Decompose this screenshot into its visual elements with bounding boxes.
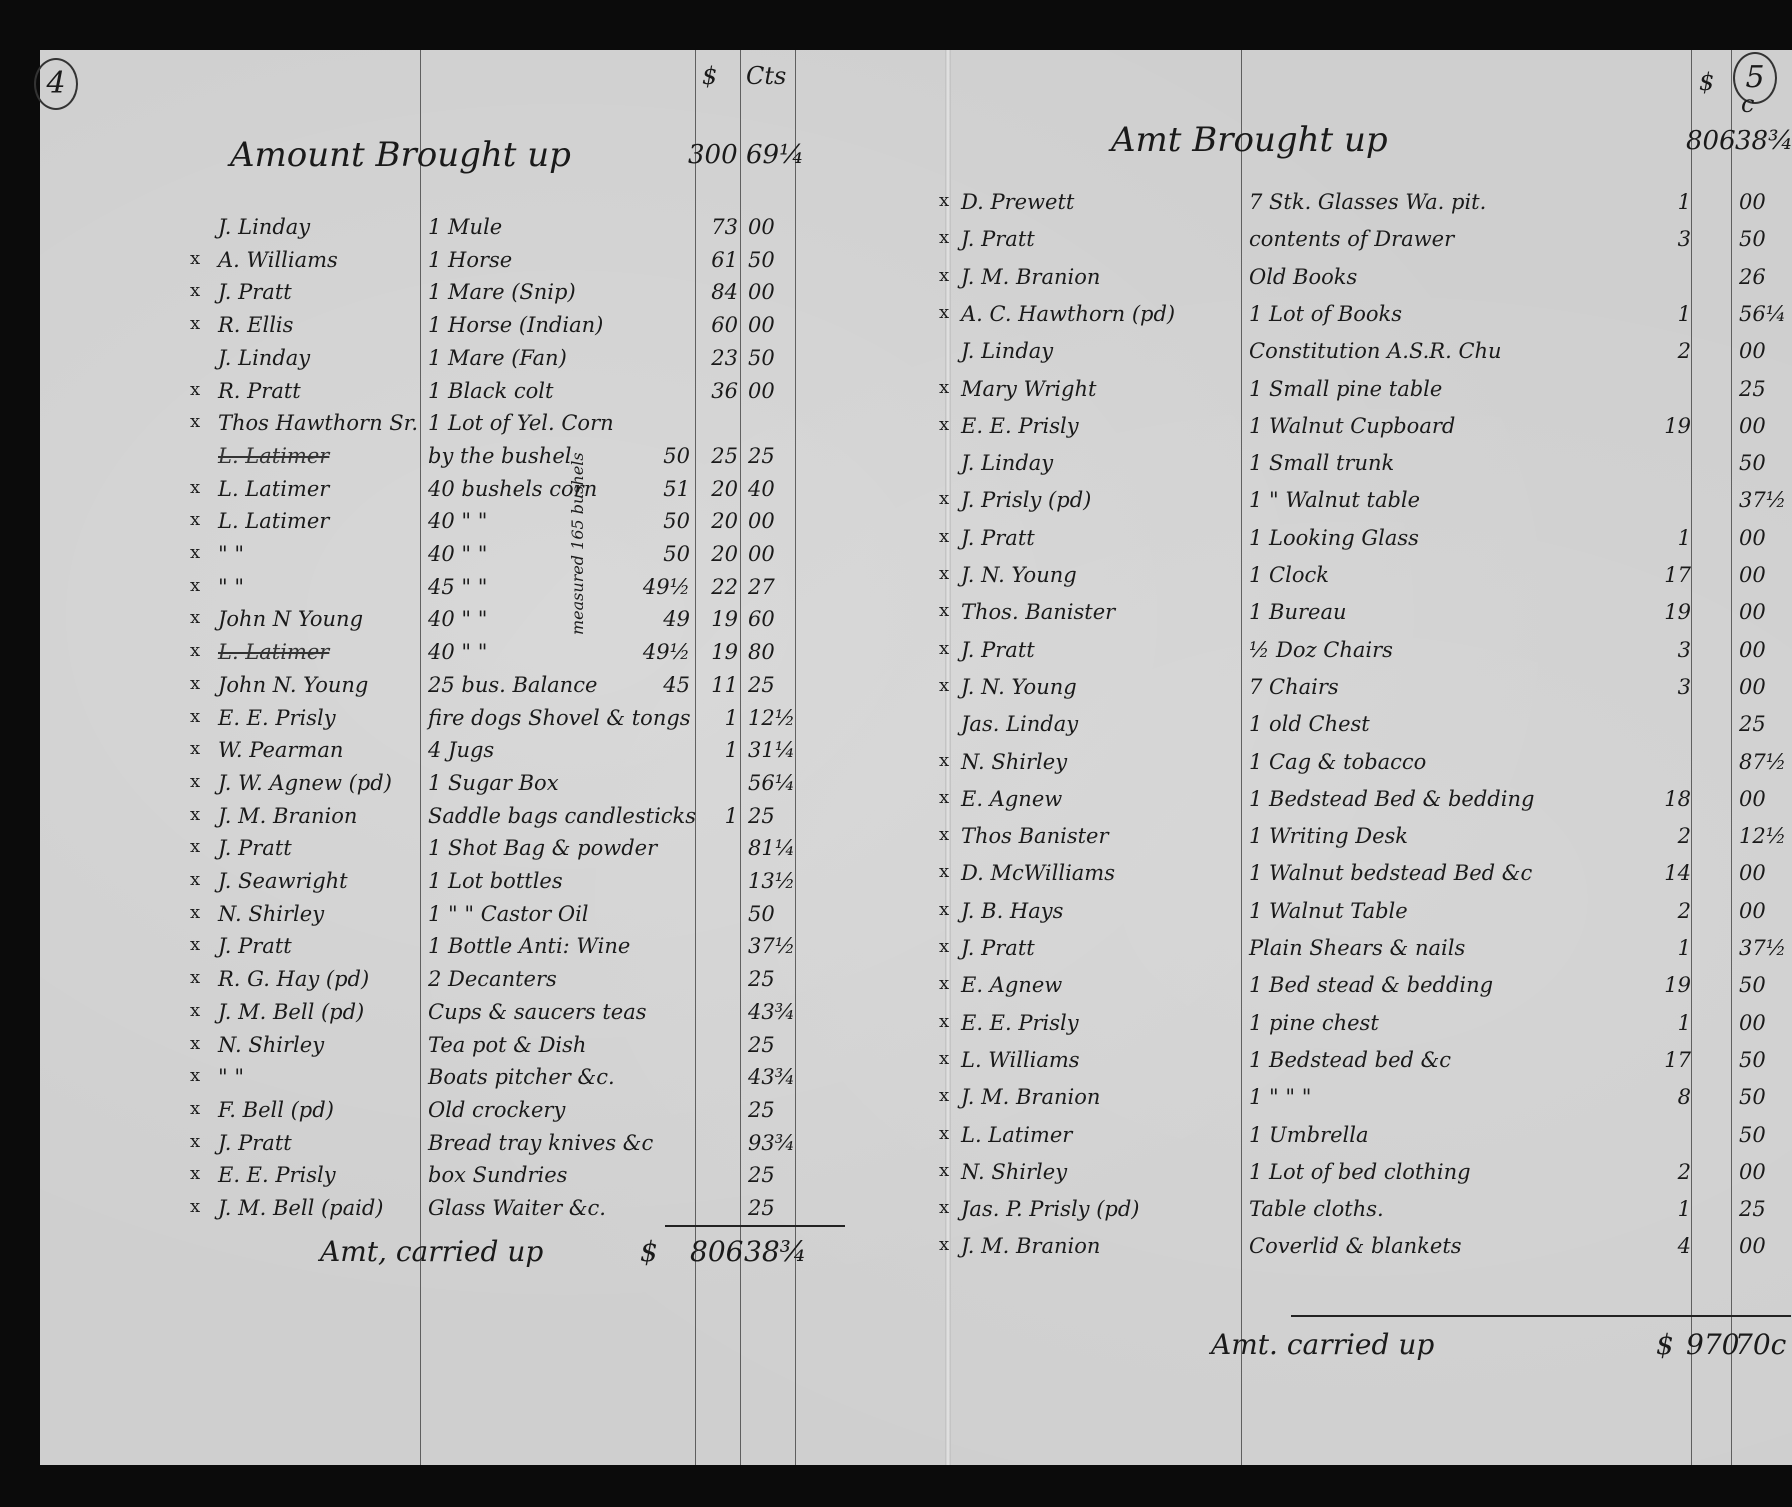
buyer-name: Thos. Banister [961, 600, 1115, 624]
item-description: 1 Walnut Cupboard [1249, 414, 1455, 438]
sold-mark: x [190, 804, 200, 825]
price-per-bushel: 51 [640, 477, 690, 501]
buyer-name: J. M. Branion [218, 804, 357, 828]
item-description: 40 " " [428, 640, 487, 664]
item-description: 1 Bottle Anti: Wine [428, 934, 630, 958]
amount-cents: 00 [1739, 675, 1791, 699]
ledger-row: xJas. P. Prisly (pd)Table cloths.125 [951, 1197, 1792, 1231]
buyer-name: " " [218, 1065, 244, 1089]
amount-cents: 25 [748, 1163, 800, 1187]
amount-cents: 37½ [748, 934, 800, 958]
ledger-row: xJohn N Young40 " "491960 [40, 607, 945, 641]
amount-cents: 00 [1739, 1234, 1791, 1258]
ledger-row: xE. E. Prislyfire dogs Shovel & tongs112… [40, 706, 945, 740]
buyer-name: Thos Hawthorn Sr. [218, 411, 418, 435]
sold-mark: x [190, 836, 200, 857]
amount-cents: 25 [1739, 377, 1791, 401]
amount-dollars: 60 [690, 313, 738, 337]
ledger-row: L. Latimerby the bushel502525 [40, 444, 945, 478]
ledger-row: J. Linday1 Mule7300 [40, 215, 945, 249]
item-description: 1 Walnut Table [1249, 899, 1408, 923]
sold-mark: x [190, 248, 200, 269]
page-number: 5 [1733, 52, 1777, 104]
item-description: Tea pot & Dish [428, 1033, 586, 1057]
sold-mark: x [190, 706, 200, 727]
amount-dollars: 1 [690, 706, 738, 730]
item-description: Old Books [1249, 265, 1357, 289]
amount-cents: 25 [748, 444, 800, 468]
amount-dollars: 20 [690, 477, 738, 501]
amount-cents: 81¼ [748, 836, 800, 860]
sold-mark: x [939, 1011, 949, 1032]
ledger-row: xJ. Pratt1 Looking Glass100 [951, 526, 1792, 560]
buyer-name: E. E. Prisly [961, 1011, 1079, 1035]
sold-mark: x [939, 600, 949, 621]
price-per-bushel: 49½ [640, 575, 690, 599]
item-description: 1 Small pine table [1249, 377, 1442, 401]
amount-dollars: 17 [1643, 1048, 1691, 1072]
buyer-name: E. E. Prisly [961, 414, 1079, 438]
amount-cents: 37½ [1739, 488, 1791, 512]
cents-header: Cts [746, 62, 786, 90]
item-description: box Sundries [428, 1163, 567, 1187]
amount-dollars: 17 [1643, 563, 1691, 587]
buyer-name: N. Shirley [961, 1160, 1067, 1184]
item-description: 1 Writing Desk [1249, 824, 1408, 848]
total-rule [1291, 1315, 1791, 1317]
carried-up-cents: 38¾ [744, 1235, 807, 1268]
amount-cents: 25 [748, 1196, 800, 1220]
sold-mark: x [190, 1065, 200, 1086]
amount-dollars: 1 [1643, 526, 1691, 550]
sold-mark: x [190, 379, 200, 400]
buyer-name: J. Pratt [218, 1131, 292, 1155]
buyer-name: W. Pearman [218, 738, 343, 762]
item-description: Bread tray knives &c [428, 1131, 653, 1155]
amount-cents: 00 [1739, 339, 1791, 363]
sold-mark: x [939, 190, 949, 211]
buyer-name: J. W. Agnew (pd) [218, 771, 392, 795]
amount-dollars: 61 [690, 248, 738, 272]
amount-dollars: 2 [1643, 1160, 1691, 1184]
buyer-name: J. M. Branion [961, 1234, 1100, 1258]
buyer-name: N. Shirley [218, 1033, 324, 1057]
amount-cents: 00 [1739, 600, 1791, 624]
amount-cents: 56¼ [1739, 302, 1791, 326]
sold-mark: x [190, 673, 200, 694]
sold-mark: x [190, 771, 200, 792]
sold-mark: x [190, 280, 200, 301]
buyer-name: N. Shirley [961, 750, 1067, 774]
amount-cents: 60 [748, 607, 800, 631]
amount-cents: 00 [1739, 861, 1791, 885]
buyer-name: L. Williams [961, 1048, 1080, 1072]
sold-mark: x [939, 675, 949, 696]
sold-mark: x [939, 750, 949, 771]
sold-mark: x [939, 526, 949, 547]
ledger-row: xE. Agnew1 Bedstead Bed & bedding1800 [951, 787, 1792, 821]
amount-dollars: 19 [690, 607, 738, 631]
amount-cents: 00 [748, 379, 800, 403]
amount-cents: 27 [748, 575, 800, 599]
amount-dollars: 1 [1643, 1197, 1691, 1221]
buyer-name: J. M. Bell (pd) [218, 1000, 364, 1024]
sold-mark: x [939, 1197, 949, 1218]
ledger-row: xJ. Pratt1 Shot Bag & powder81¼ [40, 836, 945, 870]
item-description: 1 Bedstead Bed & bedding [1249, 787, 1534, 811]
ledger-row: x" "45 " "49½2227 [40, 575, 945, 609]
buyer-name: J. M. Branion [961, 265, 1100, 289]
amount-cents: 00 [1739, 563, 1791, 587]
sold-mark: x [939, 302, 949, 323]
amount-dollars: 11 [690, 673, 738, 697]
buyer-name: " " [218, 575, 244, 599]
buyer-name: R. G. Hay (pd) [218, 967, 369, 991]
amount-cents: 80 [748, 640, 800, 664]
sold-mark: x [190, 477, 200, 498]
amount-cents: 43¾ [748, 1065, 800, 1089]
item-description: 40 bushels corn [428, 477, 597, 501]
amount-cents: 50 [1739, 973, 1791, 997]
ledger-row: xN. Shirley1 Lot of bed clothing200 [951, 1160, 1792, 1194]
amount-cents: 00 [1739, 414, 1791, 438]
dollars-header: $ [702, 62, 717, 90]
item-description: Coverlid & blankets [1249, 1234, 1462, 1258]
buyer-name: J. Linday [218, 215, 310, 239]
amount-dollars: 2 [1643, 899, 1691, 923]
amount-cents: 56¼ [748, 771, 800, 795]
ledger-row: xL. Latimer40 " "49½1980 [40, 640, 945, 674]
sold-mark: x [939, 1160, 949, 1181]
buyer-name: J. M. Bell (paid) [218, 1196, 383, 1220]
ledger-row: x" "Boats pitcher &c.43¾ [40, 1065, 945, 1099]
item-description: 1 Lot of bed clothing [1249, 1160, 1471, 1184]
item-description: 1 Cag & tobacco [1249, 750, 1426, 774]
amount-cents: 12½ [748, 706, 800, 730]
amount-dollars: 20 [690, 542, 738, 566]
sold-mark: x [939, 1234, 949, 1255]
buyer-name: E. Agnew [961, 787, 1062, 811]
buyer-name: E. E. Prisly [218, 1163, 336, 1187]
sold-mark: x [190, 738, 200, 759]
item-description: 1 pine chest [1249, 1011, 1379, 1035]
dollars-header: $ [1699, 68, 1714, 96]
item-description: 1 Umbrella [1249, 1123, 1369, 1147]
sold-mark: x [190, 1131, 200, 1152]
amount-cents: 25 [748, 1098, 800, 1122]
ledger-row: xL. Williams1 Bedstead bed &c1750 [951, 1048, 1792, 1082]
ledger-row: xThos. Banister1 Bureau1900 [951, 600, 1792, 634]
item-description: contents of Drawer [1249, 227, 1454, 251]
ledger-row: xJ. N. Young1 Clock1700 [951, 563, 1792, 597]
sold-mark: x [939, 414, 949, 435]
sold-mark: x [190, 1163, 200, 1184]
item-description: 2 Decanters [428, 967, 557, 991]
amount-cents: 50 [1739, 227, 1791, 251]
ledger-row: xE. E. Prisly1 Walnut Cupboard1900 [951, 414, 1792, 448]
ledger-row: xA. Williams1 Horse6150 [40, 248, 945, 282]
sold-mark: x [190, 542, 200, 563]
item-description: 1 Lot of Yel. Corn [428, 411, 614, 435]
total-rule [665, 1225, 845, 1227]
amount-cents: 50 [1739, 451, 1791, 475]
sold-mark: x [190, 411, 200, 432]
buyer-name: J. Pratt [218, 934, 292, 958]
ledger-row: xJ. PrattBread tray knives &c93¾ [40, 1131, 945, 1165]
sold-mark: x [190, 1098, 200, 1119]
amount-dollars: 36 [690, 379, 738, 403]
ledger-row: xThos Hawthorn Sr.1 Lot of Yel. Corn [40, 411, 945, 445]
amount-cents: 13½ [748, 869, 800, 893]
amount-dollars: 1 [1643, 302, 1691, 326]
amount-cents: 00 [1739, 1160, 1791, 1184]
ledger-row: xJ. W. Agnew (pd)1 Sugar Box56¼ [40, 771, 945, 805]
buyer-name: J. Linday [961, 451, 1053, 475]
buyer-name: J. N. Young [961, 563, 1077, 587]
item-description: Glass Waiter &c. [428, 1196, 606, 1220]
sold-mark: x [939, 936, 949, 957]
ledger-row: xE. E. Prislybox Sundries25 [40, 1163, 945, 1197]
buyer-name: L. Latimer [218, 444, 329, 468]
ledger-row: xJ. M. Branion1 " " "850 [951, 1085, 1792, 1119]
item-description: 40 " " [428, 509, 487, 533]
item-description: 1 " " Castor Oil [428, 902, 589, 926]
carried-up-cents: 70c [1735, 1328, 1786, 1361]
amount-dollars: 3 [1643, 638, 1691, 662]
ledger-row: xJ. Pratt1 Bottle Anti: Wine37½ [40, 934, 945, 968]
item-description: 1 Small trunk [1249, 451, 1394, 475]
ledger-row: xR. Ellis1 Horse (Indian)6000 [40, 313, 945, 347]
buyer-name: R. Ellis [218, 313, 293, 337]
ledger-row: xJ. B. Hays1 Walnut Table200 [951, 899, 1792, 933]
item-description: 1 Horse [428, 248, 512, 272]
buyer-name: E. E. Prisly [218, 706, 336, 730]
item-description: 1 Bed stead & bedding [1249, 973, 1493, 997]
item-description: 1 Black colt [428, 379, 553, 403]
buyer-name: Thos Banister [961, 824, 1109, 848]
ledger-row: J. Linday1 Mare (Fan)2350 [40, 346, 945, 380]
sold-mark: x [190, 1196, 200, 1217]
sold-mark: x [939, 861, 949, 882]
amount-dollars: 1 [690, 738, 738, 762]
ledger-row: xL. Latimer1 Umbrella50 [951, 1123, 1792, 1157]
ledger-row: xR. Pratt1 Black colt3600 [40, 379, 945, 413]
sold-mark: x [190, 1033, 200, 1054]
sold-mark: x [939, 563, 949, 584]
buyer-name: L. Latimer [961, 1123, 1072, 1147]
brought-up-dollars: 806 [1686, 126, 1736, 156]
amount-cents: 50 [748, 346, 800, 370]
item-description: 1 Walnut bedstead Bed &c [1249, 861, 1532, 885]
price-per-bushel: 50 [640, 444, 690, 468]
amount-cents: 50 [748, 248, 800, 272]
amount-dollars: 1 [1643, 1011, 1691, 1035]
price-per-bushel: 50 [640, 542, 690, 566]
right-page: 5 $ c Amt Brought up 806 38¾ xD. Prewett… [951, 50, 1792, 1465]
amount-brought-up-label: Amount Brought up [230, 135, 571, 175]
amount-cents: 25 [748, 804, 800, 828]
amount-cents: 00 [748, 542, 800, 566]
amount-dollars: 1 [1643, 936, 1691, 960]
carried-up-dollars: 970 [1686, 1328, 1739, 1361]
buyer-name: R. Pratt [218, 379, 301, 403]
sold-mark: x [190, 509, 200, 530]
amount-cents: 87½ [1739, 750, 1791, 774]
buyer-name: J. Pratt [218, 280, 292, 304]
brought-up-dollars: 300 [688, 140, 738, 170]
sold-mark: x [190, 1000, 200, 1021]
buyer-name: J. Pratt [961, 936, 1035, 960]
ledger-row: xJ. M. BranionSaddle bags candlesticks12… [40, 804, 945, 838]
ledger-row: xN. ShirleyTea pot & Dish25 [40, 1033, 945, 1067]
sold-mark: x [939, 973, 949, 994]
amount-cents: 25 [748, 1033, 800, 1057]
item-description: Plain Shears & nails [1249, 936, 1465, 960]
item-description: Saddle bags candlesticks [428, 804, 696, 828]
buyer-name: D. McWilliams [961, 861, 1115, 885]
amount-cents: 50 [748, 902, 800, 926]
buyer-name: N. Shirley [218, 902, 324, 926]
item-description: Constitution A.S.R. Chu [1249, 339, 1502, 363]
sold-mark: x [190, 607, 200, 628]
sold-mark: x [939, 1085, 949, 1106]
ledger-row: xD. McWilliams1 Walnut bedstead Bed &c14… [951, 861, 1792, 895]
price-per-bushel: 49 [640, 607, 690, 631]
sold-mark: x [190, 640, 200, 661]
amount-dollars: 84 [690, 280, 738, 304]
carried-up-currency: $ [1656, 1328, 1674, 1361]
brought-up-cents: 69¼ [746, 140, 804, 170]
sold-mark: x [939, 1123, 949, 1144]
item-description: 45 " " [428, 575, 487, 599]
amount-cents: 00 [1739, 190, 1791, 214]
item-description: Old crockery [428, 1098, 565, 1122]
carried-up-label: Amt. carried up [1211, 1328, 1434, 1361]
amount-brought-up-label: Amt Brought up [1111, 120, 1388, 160]
buyer-name: J. Pratt [961, 526, 1035, 550]
ledger-row: xA. C. Hawthorn (pd)1 Lot of Books156¼ [951, 302, 1792, 336]
ledger-row: xJ. M. Bell (pd)Cups & saucers teas43¾ [40, 1000, 945, 1034]
amount-cents: 25 [748, 673, 800, 697]
ledger-row: xJ. N. Young7 Chairs300 [951, 675, 1792, 709]
ledger-row: xE. Agnew1 Bed stead & bedding1950 [951, 973, 1792, 1007]
buyer-name: John N. Young [218, 673, 368, 697]
amount-dollars: 1 [690, 804, 738, 828]
sold-mark: x [190, 575, 200, 596]
buyer-name: J. Pratt [961, 638, 1035, 662]
amount-dollars: 2 [1643, 824, 1691, 848]
item-description: 1 Sugar Box [428, 771, 559, 795]
amount-cents: 50 [1739, 1123, 1791, 1147]
sold-mark: x [939, 899, 949, 920]
ledger-row: xJ. Pratt1 Mare (Snip)8400 [40, 280, 945, 314]
buyer-name: F. Bell (pd) [218, 1098, 334, 1122]
sold-mark: x [939, 824, 949, 845]
buyer-name: Jas. P. Prisly (pd) [961, 1197, 1139, 1221]
amount-cents: 31¼ [748, 738, 800, 762]
item-description: 1 Clock [1249, 563, 1329, 587]
amount-dollars: 8 [1643, 1085, 1691, 1109]
amount-dollars: 19 [1643, 414, 1691, 438]
ledger-row: xN. Shirley1 " " Castor Oil50 [40, 902, 945, 936]
carried-up-currency: $ [640, 1235, 658, 1268]
item-description: Cups & saucers teas [428, 1000, 647, 1024]
item-description: 1 Looking Glass [1249, 526, 1419, 550]
price-per-bushel: 50 [640, 509, 690, 533]
ledger-row: xJ. Prattcontents of Drawer350 [951, 227, 1792, 261]
buyer-name: L. Latimer [218, 640, 329, 664]
sold-mark: x [190, 313, 200, 334]
sold-mark: x [939, 787, 949, 808]
amount-cents: 00 [1739, 899, 1791, 923]
amount-cents: 37½ [1739, 936, 1791, 960]
amount-dollars: 20 [690, 509, 738, 533]
buyer-name: John N Young [218, 607, 363, 631]
sold-mark: x [939, 1048, 949, 1069]
amount-dollars: 19 [690, 640, 738, 664]
item-description: 40 " " [428, 607, 487, 631]
item-description: 40 " " [428, 542, 487, 566]
item-description: 1 old Chest [1249, 712, 1370, 736]
item-description: 7 Chairs [1249, 675, 1339, 699]
amount-cents: 00 [748, 215, 800, 239]
amount-cents: 25 [1739, 712, 1791, 736]
ledger-row: xMary Wright1 Small pine table25 [951, 377, 1792, 411]
item-description: 1 Mule [428, 215, 502, 239]
amount-dollars: 14 [1643, 861, 1691, 885]
item-description: 1 Lot bottles [428, 869, 563, 893]
amount-dollars: 2 [1643, 339, 1691, 363]
buyer-name: Jas. Linday [961, 712, 1078, 736]
sold-mark: x [939, 227, 949, 248]
item-description: fire dogs Shovel & tongs [428, 706, 691, 730]
ledger-row: xR. G. Hay (pd)2 Decanters25 [40, 967, 945, 1001]
amount-dollars: 18 [1643, 787, 1691, 811]
amount-cents: 50 [1739, 1085, 1791, 1109]
buyer-name: J. Seawright [218, 869, 348, 893]
sold-mark: x [939, 377, 949, 398]
amount-cents: 26 [1739, 265, 1791, 289]
left-page: 4 $ Cts Amount Brought up 300 69¼ measur… [40, 50, 945, 1465]
amount-dollars: 3 [1643, 227, 1691, 251]
amount-dollars: 22 [690, 575, 738, 599]
item-description: 1 Bedstead bed &c [1249, 1048, 1451, 1072]
buyer-name: " " [218, 542, 244, 566]
item-description: 1 Mare (Snip) [428, 280, 576, 304]
ledger-row: xJ. M. BranionCoverlid & blankets400 [951, 1234, 1792, 1268]
amount-dollars: 1 [1643, 190, 1691, 214]
ledger-row: J. Linday1 Small trunk50 [951, 451, 1792, 485]
sold-mark: x [190, 967, 200, 988]
sold-mark: x [190, 934, 200, 955]
buyer-name: L. Latimer [218, 509, 329, 533]
carried-up-label: Amt, carried up [320, 1235, 543, 1268]
amount-cents: 00 [1739, 1011, 1791, 1035]
buyer-name: J. Pratt [218, 836, 292, 860]
buyer-name: J. Linday [218, 346, 310, 370]
price-per-bushel: 49½ [640, 640, 690, 664]
ledger-sheet: 4 $ Cts Amount Brought up 300 69¼ measur… [40, 50, 1792, 1465]
ledger-row: Jas. Linday1 old Chest25 [951, 712, 1792, 746]
ledger-row: xL. Latimer40 bushels corn512040 [40, 477, 945, 511]
buyer-name: J. M. Branion [961, 1085, 1100, 1109]
amount-cents: 25 [1739, 1197, 1791, 1221]
page-number: 4 [34, 58, 78, 110]
buyer-name: D. Prewett [961, 190, 1074, 214]
ledger-row: xThos Banister1 Writing Desk212½ [951, 824, 1792, 858]
amount-dollars: 3 [1643, 675, 1691, 699]
sold-mark: x [190, 902, 200, 923]
